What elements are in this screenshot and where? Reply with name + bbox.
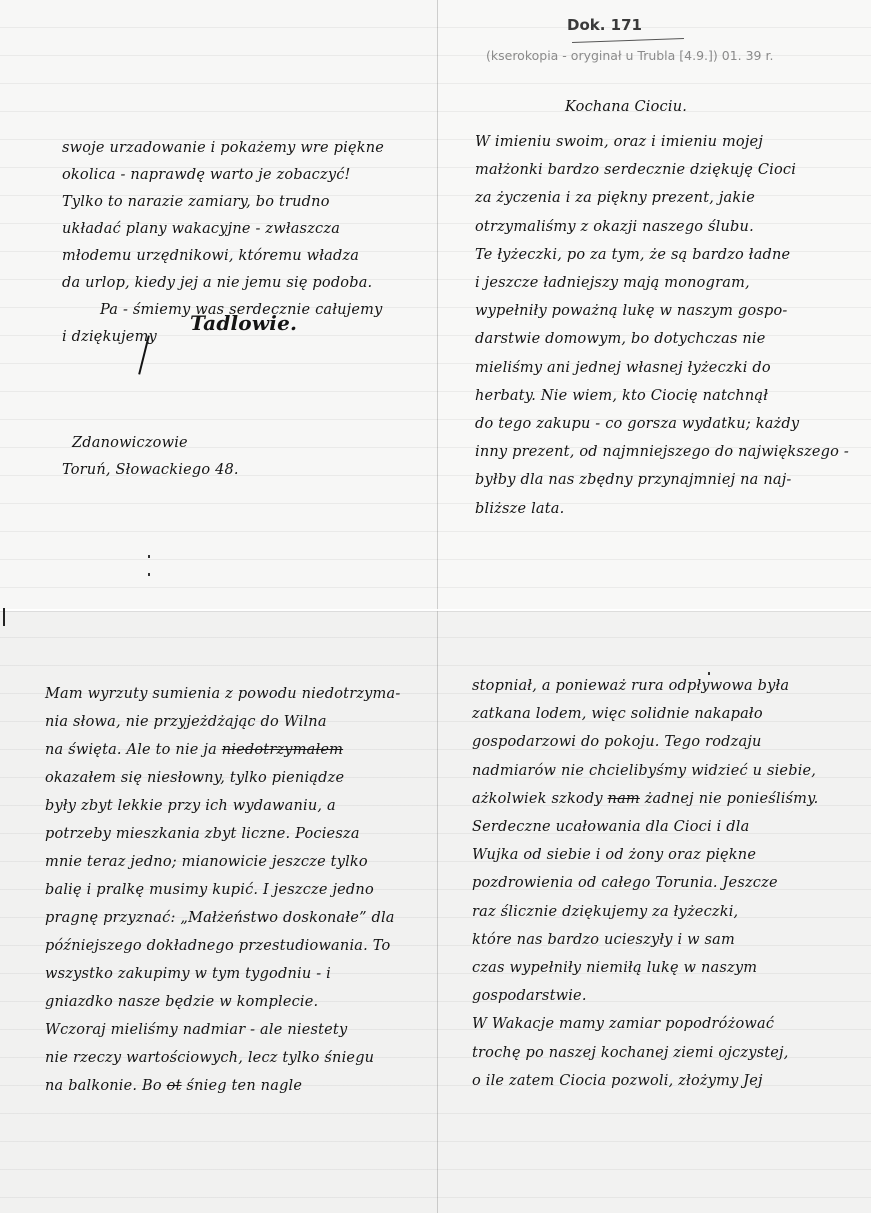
text-line: herbaty. Nie wiem, kto Ciocię natchnął <box>475 382 849 410</box>
sender-name: Zdanowiczowie <box>62 430 239 457</box>
text-line: Tylko to narazie zamiary, bo trudno <box>62 189 384 216</box>
text-line: stopniał, a ponieważ rura odpływowa była <box>472 672 818 700</box>
text-line: które nas bardzo ucieszyły i w sam <box>472 926 818 954</box>
text-line: Wujka od siebie i od żony oraz piękne <box>472 841 818 869</box>
text-line: Wczoraj mieliśmy nadmiar - ale niestety <box>45 1016 400 1044</box>
text-line: mnie teraz jedno; mianowicie jeszcze tyl… <box>45 848 400 876</box>
text-line: do tego zakupu - co gorsza wydatku; każd… <box>475 410 849 438</box>
text-line: były zbyt lekkie przy ich wydawaniu, a <box>45 792 400 820</box>
text-line: trochę po naszej kochanej ziemi ojczyste… <box>472 1039 818 1067</box>
top-right-body: W imieniu swoim, oraz i imieniu mojej ma… <box>475 128 849 523</box>
text-line: układać plany wakacyjne - zwłaszcza <box>62 216 384 243</box>
text-line: czas wypełniły niemiłą lukę w naszym <box>472 954 818 982</box>
text-line: i jeszcze ładniejszy mają monogram, <box>475 269 849 297</box>
archive-note: (kserokopia - oryginał u Trubla [4.9.]) … <box>486 48 773 63</box>
salutation: Kochana Ciociu. <box>565 94 687 121</box>
text-line: gniazdko nasze będzie w komplecie. <box>45 988 400 1016</box>
scanned-letter: Dok. 171 (kserokopia - oryginał u Trubla… <box>0 0 871 1213</box>
text-line: okazałem się niesłowny, tylko pieniądze <box>45 764 400 792</box>
text-line: mieliśmy ani jednej własnej łyżeczki do <box>475 354 849 382</box>
text-line: małżonki bardzo serdecznie dziękuję Cioc… <box>475 156 849 184</box>
text-line: Mam wyrzuty sumienia z powodu niedotrzym… <box>45 680 400 708</box>
text-line: nia słowa, nie przyjeżdżając do Wilna <box>45 708 400 736</box>
text-line: wypełniły poważną lukę w naszym gospo- <box>475 297 849 325</box>
vertical-fold-line <box>437 0 438 1213</box>
struck-word: niedotrzymałem <box>222 742 343 758</box>
text-line: okolica - naprawdę warto je zobaczyć! <box>62 162 384 189</box>
text-line: zatkana lodem, więc solidnie nakapało <box>472 700 818 728</box>
text-line: Te łyżeczki, po za tym, że są bardzo ład… <box>475 241 849 269</box>
text-line: młodemu urzędnikowi, któremu władza <box>62 243 384 270</box>
bottom-right-body: stopniał, a ponieważ rura odpływowa była… <box>472 672 818 1095</box>
text-line: ażkolwiek szkody nam żadnej nie ponieśli… <box>472 785 818 813</box>
text-line: wszystko zakupimy w tym tygodniu - i <box>45 960 400 988</box>
struck-word: nam <box>608 791 640 807</box>
text-line: W imieniu swoim, oraz i imieniu mojej <box>475 128 849 156</box>
text-line: da urlop, kiedy jej a nie jemu się podob… <box>62 270 384 297</box>
text-line: na balkonie. Bo ot śnieg ten nagle <box>45 1072 400 1100</box>
text-line: swoje urzadowanie i pokażemy wre piękne <box>62 135 384 162</box>
text-line: darstwie domowym, bo dotychczas nie <box>475 325 849 353</box>
text-line: raz ślicznie dziękujemy za łyżeczki, <box>472 898 818 926</box>
text-line: za życzenia i za piękny prezent, jakie <box>475 184 849 212</box>
text-line: gospodarzowi do pokoju. Tego rodzaju <box>472 728 818 756</box>
text-line: pozdrowienia od całego Torunia. Jeszcze <box>472 869 818 897</box>
text-line: Serdeczne ucałowania dla Cioci i dla <box>472 813 818 841</box>
text-line: pragnę przyznać: „Małżeństwo doskonałe” … <box>45 904 400 932</box>
sender-block: Zdanowiczowie Toruń, Słowackiego 48. <box>62 430 239 484</box>
text-line: potrzeby mieszkania zbyt liczne. Pociesz… <box>45 820 400 848</box>
paper-speck <box>148 555 150 558</box>
text-line: otrzymaliśmy z okazji naszego ślubu. <box>475 213 849 241</box>
text-line: gospodarstwie. <box>472 982 818 1010</box>
edge-mark <box>3 608 5 626</box>
text-line: W Wakacje mamy zamiar popodróżować <box>472 1010 818 1038</box>
text-line: późniejszego dokładnego przestudiowania.… <box>45 932 400 960</box>
archive-reference: Dok. 171 <box>567 16 642 34</box>
text-line: o ile zatem Ciocia pozwoli, złożymy Jej <box>472 1067 818 1095</box>
sender-address: Toruń, Słowackiego 48. <box>62 457 239 484</box>
text-line: nie rzeczy wartościowych, lecz tylko śni… <box>45 1044 400 1072</box>
text-line: balię i pralkę musimy kupić. I jeszcze j… <box>45 876 400 904</box>
signature: Tadlowie. <box>190 310 297 337</box>
text-line: inny prezent, od najmniejszego do najwię… <box>475 438 849 466</box>
text-line: byłby dla nas zbędny przynajmniej na naj… <box>475 466 849 494</box>
text-line: na święta. Ale to nie ja niedotrzymałem <box>45 736 400 764</box>
horizontal-fold-line <box>0 609 871 611</box>
paper-speck <box>148 573 150 576</box>
bottom-left-body: Mam wyrzuty sumienia z powodu niedotrzym… <box>45 680 400 1100</box>
struck-word: ot <box>167 1078 182 1094</box>
text-line: nadmiarów nie chcielibyśmy widzieć u sie… <box>472 757 818 785</box>
text-line: bliższe lata. <box>475 495 849 523</box>
